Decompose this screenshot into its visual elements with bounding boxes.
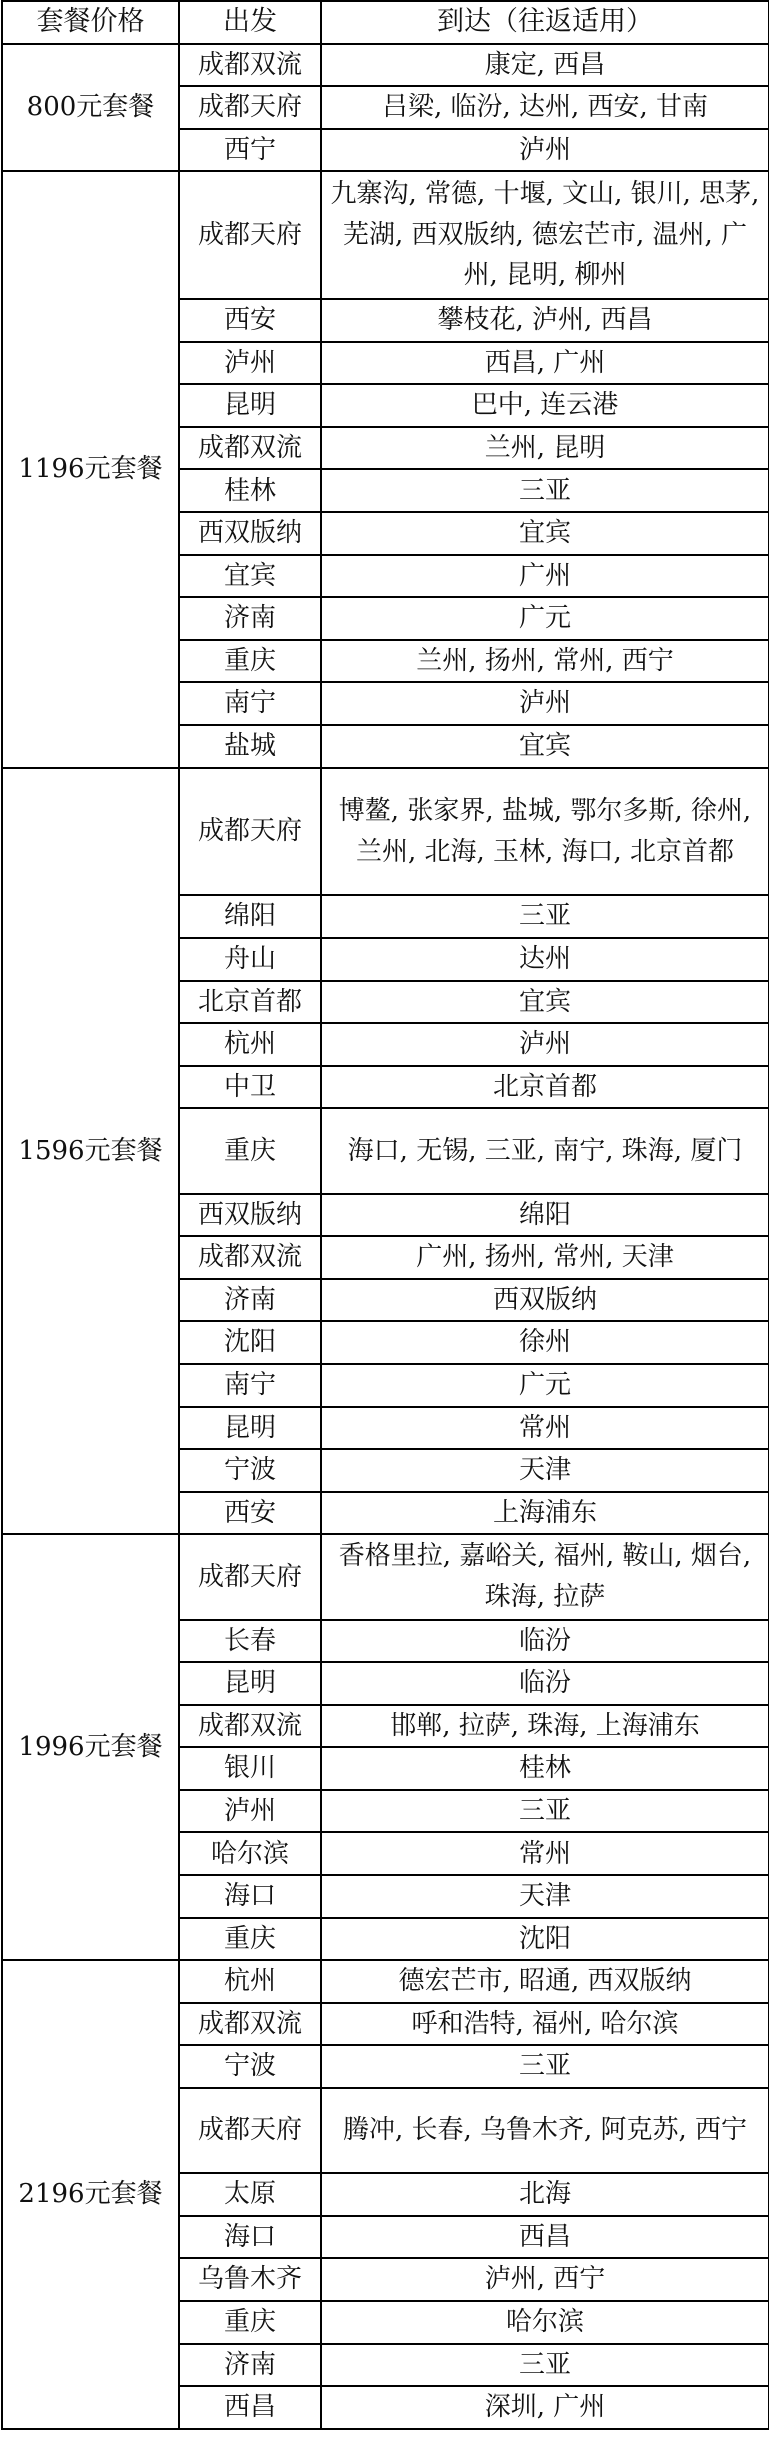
destination-cell: 兰州, 昆明 [321,427,769,470]
table-row: 1596元套餐成都天府博鳌, 张家界, 盐城, 鄂尔多斯, 徐州, 兰州, 北海… [2,768,769,896]
origin-cell: 济南 [179,1279,321,1322]
destination-cell: 海口, 无锡, 三亚, 南宁, 珠海, 厦门 [321,1108,769,1193]
origin-cell: 太原 [179,2173,321,2216]
origin-cell: 银川 [179,1747,321,1790]
origin-cell: 海口 [179,1875,321,1918]
package-route-table: 套餐价格 出发 到达（往返适用） 800元套餐成都双流康定, 西昌成都天府吕梁,… [1,0,769,2430]
origin-cell: 乌鲁木齐 [179,2258,321,2301]
origin-cell: 重庆 [179,640,321,683]
package-price-cell: 2196元套餐 [2,1960,179,2429]
origin-cell: 中卫 [179,1066,321,1109]
destination-cell: 三亚 [321,2045,769,2088]
origin-cell: 泸州 [179,342,321,385]
destination-cell: 徐州 [321,1321,769,1364]
table-header-row: 套餐价格 出发 到达（往返适用） [2,1,769,44]
origin-cell: 绵阳 [179,895,321,938]
origin-cell: 昆明 [179,1407,321,1450]
destination-cell: 攀枝花, 泸州, 西昌 [321,299,769,342]
origin-cell: 泸州 [179,1790,321,1833]
destination-cell: 广州, 扬州, 常州, 天津 [321,1236,769,1279]
package-price-cell: 1596元套餐 [2,768,179,1535]
origin-cell: 成都天府 [179,2088,321,2173]
destination-cell: 沈阳 [321,1918,769,1961]
destination-cell: 泸州 [321,1023,769,1066]
destination-cell: 吕梁, 临汾, 达州, 西安, 甘南 [321,86,769,129]
destination-cell: 九寨沟, 常德, 十堰, 文山, 银川, 思茅, 芜湖, 西双版纳, 德宏芒市,… [321,171,769,299]
destination-cell: 广元 [321,597,769,640]
origin-cell: 北京首都 [179,981,321,1024]
origin-cell: 舟山 [179,938,321,981]
origin-cell: 海口 [179,2216,321,2259]
origin-cell: 宁波 [179,1449,321,1492]
header-origin: 出发 [179,1,321,44]
origin-cell: 桂林 [179,469,321,512]
origin-cell: 盐城 [179,725,321,768]
origin-cell: 西安 [179,299,321,342]
destination-cell: 兰州, 扬州, 常州, 西宁 [321,640,769,683]
destination-cell: 宜宾 [321,981,769,1024]
destination-cell: 北海 [321,2173,769,2216]
destination-cell: 宜宾 [321,512,769,555]
destination-cell: 博鳌, 张家界, 盐城, 鄂尔多斯, 徐州, 兰州, 北海, 玉林, 海口, 北… [321,768,769,896]
destination-cell: 北京首都 [321,1066,769,1109]
destination-cell: 常州 [321,1407,769,1450]
destination-cell: 香格里拉, 嘉峪关, 福州, 鞍山, 烟台, 珠海, 拉萨 [321,1534,769,1619]
table-body: 800元套餐成都双流康定, 西昌成都天府吕梁, 临汾, 达州, 西安, 甘南西宁… [2,44,769,2429]
origin-cell: 成都天府 [179,86,321,129]
package-price-cell: 1196元套餐 [2,171,179,767]
destination-cell: 桂林 [321,1747,769,1790]
origin-cell: 成都天府 [179,768,321,896]
table-row: 2196元套餐杭州德宏芒市, 昭通, 西双版纳 [2,1960,769,2003]
origin-cell: 南宁 [179,1364,321,1407]
origin-cell: 杭州 [179,1023,321,1066]
origin-cell: 成都天府 [179,1534,321,1619]
destination-cell: 泸州 [321,129,769,172]
origin-cell: 成都双流 [179,427,321,470]
destination-cell: 西双版纳 [321,1279,769,1322]
destination-cell: 常州 [321,1832,769,1875]
destination-cell: 临汾 [321,1662,769,1705]
origin-cell: 西昌 [179,2386,321,2429]
origin-cell: 宁波 [179,2045,321,2088]
destination-cell: 德宏芒市, 昭通, 西双版纳 [321,1960,769,2003]
origin-cell: 成都双流 [179,1705,321,1748]
destination-cell: 邯郸, 拉萨, 珠海, 上海浦东 [321,1705,769,1748]
table-row: 1996元套餐成都天府香格里拉, 嘉峪关, 福州, 鞍山, 烟台, 珠海, 拉萨 [2,1534,769,1619]
origin-cell: 宜宾 [179,555,321,598]
destination-cell: 临汾 [321,1620,769,1663]
origin-cell: 西双版纳 [179,512,321,555]
destination-cell: 三亚 [321,2344,769,2387]
destination-cell: 腾冲, 长春, 乌鲁木齐, 阿克苏, 西宁 [321,2088,769,2173]
origin-cell: 成都双流 [179,2003,321,2046]
destination-cell: 巴中, 连云港 [321,384,769,427]
destination-cell: 西昌, 广州 [321,342,769,385]
destination-cell: 天津 [321,1875,769,1918]
origin-cell: 济南 [179,2344,321,2387]
destination-cell: 康定, 西昌 [321,44,769,87]
destination-cell: 呼和浩特, 福州, 哈尔滨 [321,2003,769,2046]
origin-cell: 沈阳 [179,1321,321,1364]
destination-cell: 泸州, 西宁 [321,2258,769,2301]
table-row: 800元套餐成都双流康定, 西昌 [2,44,769,87]
destination-cell: 宜宾 [321,725,769,768]
origin-cell: 杭州 [179,1960,321,2003]
destination-cell: 三亚 [321,469,769,512]
destination-cell: 三亚 [321,895,769,938]
destination-cell: 绵阳 [321,1194,769,1237]
origin-cell: 济南 [179,597,321,640]
origin-cell: 重庆 [179,1918,321,1961]
package-price-cell: 800元套餐 [2,44,179,172]
origin-cell: 成都双流 [179,44,321,87]
destination-cell: 广元 [321,1364,769,1407]
table-row: 1196元套餐成都天府九寨沟, 常德, 十堰, 文山, 银川, 思茅, 芜湖, … [2,171,769,299]
header-destination: 到达（往返适用） [321,1,769,44]
header-price: 套餐价格 [2,1,179,44]
origin-cell: 重庆 [179,1108,321,1193]
destination-cell: 泸州 [321,682,769,725]
origin-cell: 成都天府 [179,171,321,299]
destination-cell: 广州 [321,555,769,598]
destination-cell: 哈尔滨 [321,2301,769,2344]
destination-cell: 上海浦东 [321,1492,769,1535]
origin-cell: 西双版纳 [179,1194,321,1237]
destination-cell: 西昌 [321,2216,769,2259]
origin-cell: 哈尔滨 [179,1832,321,1875]
destination-cell: 天津 [321,1449,769,1492]
package-price-cell: 1996元套餐 [2,1534,179,1960]
origin-cell: 成都双流 [179,1236,321,1279]
origin-cell: 重庆 [179,2301,321,2344]
origin-cell: 西宁 [179,129,321,172]
destination-cell: 达州 [321,938,769,981]
origin-cell: 昆明 [179,384,321,427]
origin-cell: 昆明 [179,1662,321,1705]
origin-cell: 南宁 [179,682,321,725]
origin-cell: 西安 [179,1492,321,1535]
destination-cell: 三亚 [321,1790,769,1833]
origin-cell: 长春 [179,1620,321,1663]
destination-cell: 深圳, 广州 [321,2386,769,2429]
